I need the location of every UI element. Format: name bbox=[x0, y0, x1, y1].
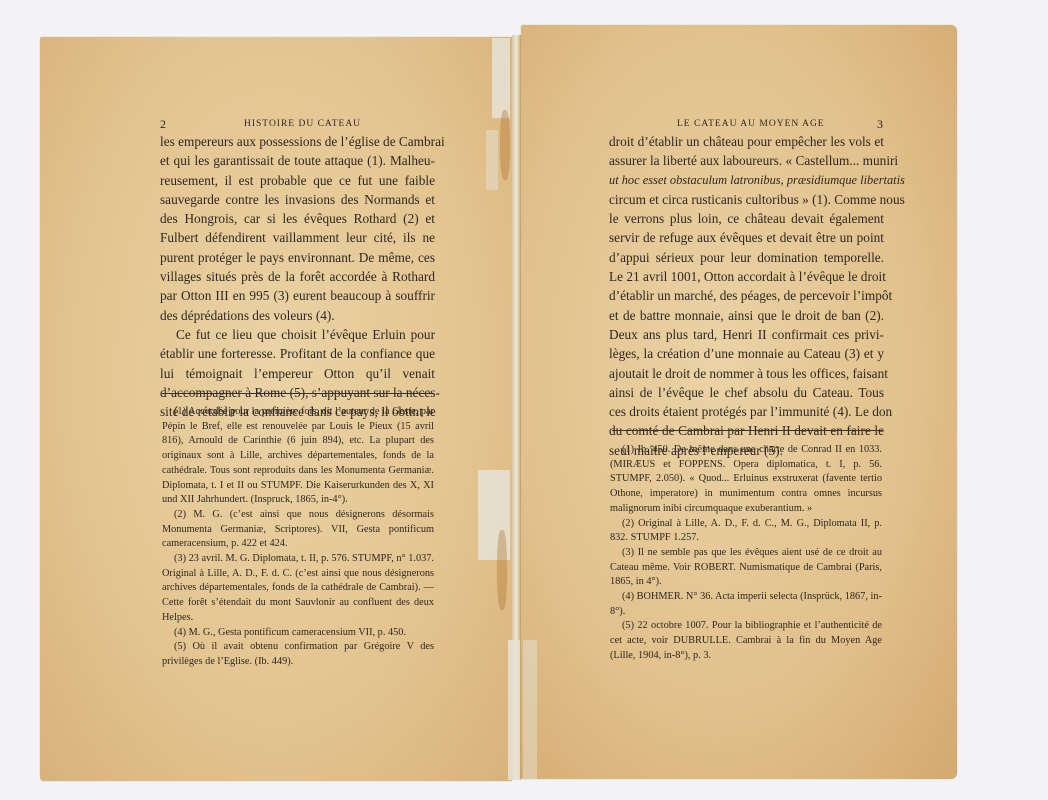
footnote: (2) M. G. (c’est ainsi que nous désigner… bbox=[162, 508, 434, 552]
right-page-number: 3 bbox=[877, 117, 883, 132]
text-line: ajoutait le droit de nommer à tous les o… bbox=[609, 364, 884, 383]
right-running-head: LE CATEAU AU MOYEN AGE bbox=[677, 119, 825, 129]
text-line: établir une forteresse. Profitant de la … bbox=[160, 344, 435, 363]
text-line: sauvegarde contre les invasions des Norm… bbox=[160, 190, 435, 209]
paper-tear bbox=[508, 640, 520, 780]
footnote-rule bbox=[162, 393, 434, 394]
left-footnotes: (1) Accordée pour la première fois, dit … bbox=[162, 405, 434, 670]
footnote-rule bbox=[612, 430, 882, 431]
footnote: (5) Où il avait obtenu confirmation par … bbox=[162, 640, 434, 669]
right-footnotes: (1) Ib. 450. De même dans une charte de … bbox=[610, 443, 882, 664]
footnote: (3) 23 avril. M. G. Diplomata, t. II, p.… bbox=[162, 552, 434, 626]
paper-tear bbox=[486, 130, 498, 190]
left-page-number: 2 bbox=[160, 117, 166, 132]
text-line: du comté de Cambrai par Henri II devait … bbox=[609, 421, 884, 440]
text-line: reusement, il est probable que ce fut un… bbox=[160, 171, 435, 190]
right-body-text: droit d’établir un château pour empêcher… bbox=[609, 132, 884, 460]
text-line: et de battre monnaie, ainsi que le droit… bbox=[609, 306, 884, 325]
text-line: ainsi de l’évêque le chef absolu du Cate… bbox=[609, 383, 884, 402]
text-line: le verrons plus loin, ce château devait … bbox=[609, 209, 884, 228]
text-line: circum et circa rusticanis cultoribus » … bbox=[609, 190, 884, 209]
footnote: (5) 22 octobre 1007. Pour la bibliograph… bbox=[610, 619, 882, 663]
text-line: Fulbert défendirent vaillamment leur cit… bbox=[160, 228, 435, 247]
footnote: (1) Accordée pour la première fois, dit … bbox=[162, 405, 434, 508]
text-line: lui témoignait l’empereur Otton qu’il ve… bbox=[160, 364, 435, 383]
paper-tear bbox=[492, 38, 510, 118]
text-line: villages situés près de la forêt accordé… bbox=[160, 267, 435, 286]
text-line: d’appui sérieux pour leur domination tem… bbox=[609, 248, 884, 267]
text-line: par Otton III en 995 (3) eurent beaucoup… bbox=[160, 286, 435, 305]
text-line: les empereurs aux possessions de l’églis… bbox=[160, 132, 435, 151]
water-stain bbox=[497, 530, 507, 610]
text-line: purent protéger le pays environnant. De … bbox=[160, 248, 435, 267]
text-line: Le 21 avril 1001, Otton accordait à l’év… bbox=[609, 267, 884, 286]
paragraph: les empereurs aux possessions de l’églis… bbox=[160, 132, 435, 325]
left-body-text: les empereurs aux possessions de l’églis… bbox=[160, 132, 435, 421]
text-line: et qui les garantissait de toute attaque… bbox=[160, 151, 435, 170]
footnote: (2) Original à Lille, A. D., F. d. C., M… bbox=[610, 517, 882, 546]
footnote: (4) M. G., Gesta pontificum cameracensiu… bbox=[162, 626, 434, 641]
paragraph: droit d’établir un château pour empêcher… bbox=[609, 132, 884, 460]
left-running-head: HISTOIRE DU CATEAU bbox=[244, 119, 361, 129]
text-line: servir de refuge aux évêques et devait ê… bbox=[609, 228, 884, 247]
text-line: lèges, la création d’une monnaie au Cate… bbox=[609, 344, 884, 363]
footnote: (4) BOHMER. N° 36. Acta imperii selecta … bbox=[610, 590, 882, 619]
footnote: (3) Il ne semble pas que les évêques aie… bbox=[610, 546, 882, 590]
footnote: (1) Ib. 450. De même dans une charte de … bbox=[610, 443, 882, 517]
text-line: ut hoc esset obstaculum latronibus, præs… bbox=[609, 171, 884, 190]
text-line: d’établir un marché, des péages, de perc… bbox=[609, 286, 884, 305]
text-line: des Hongrois, car si les évêques Rothard… bbox=[160, 209, 435, 228]
text-line: droit d’établir un château pour empêcher… bbox=[609, 132, 884, 151]
paper-tear bbox=[523, 640, 537, 780]
text-line: ces droits étaient protégés par l’immuni… bbox=[609, 402, 884, 421]
water-stain bbox=[500, 110, 510, 180]
text-line: Deux ans plus tard, Henri II confirmait … bbox=[609, 325, 884, 344]
text-line: des déprédations des voleurs (4). bbox=[160, 306, 435, 325]
text-line: assurer la liberté aux laboureurs. « Cas… bbox=[609, 151, 884, 170]
text-line: Ce fut ce lieu que choisit l’évêque Erlu… bbox=[160, 325, 435, 344]
